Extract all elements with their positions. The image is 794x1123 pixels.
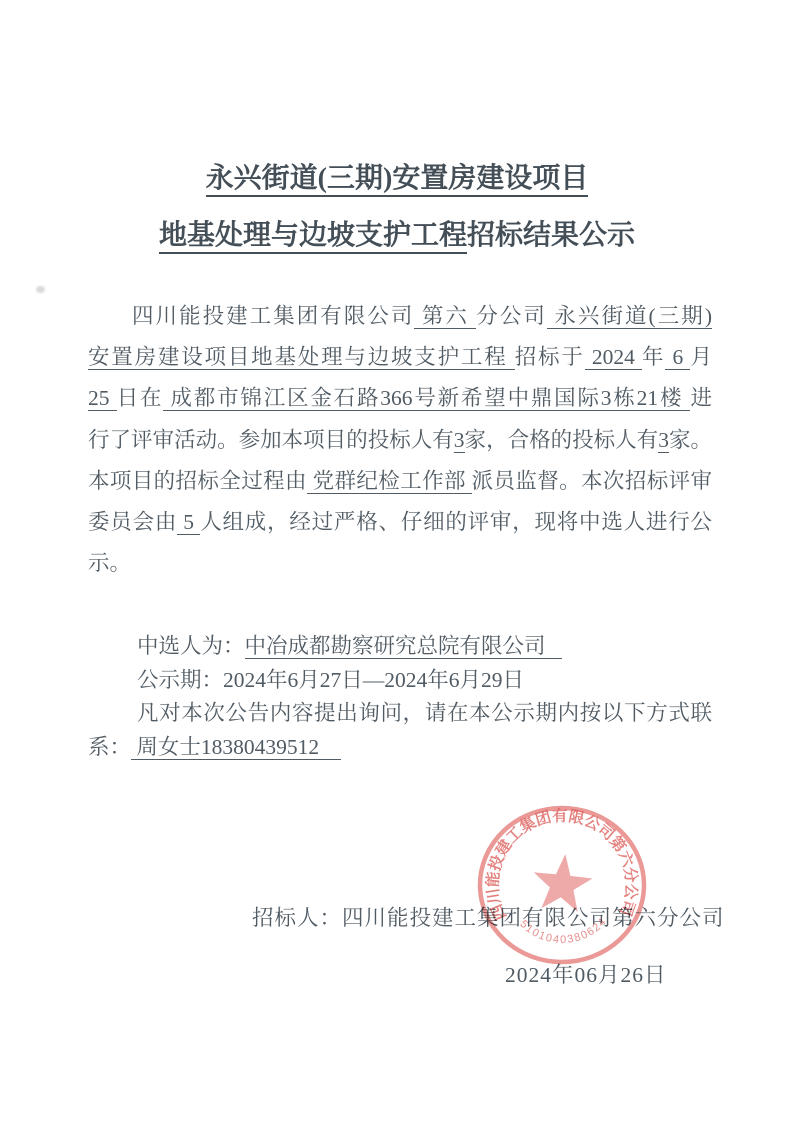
text-segment: 月 [690,345,712,369]
announcement-document-page: 永兴街道(三期)安置房建设项目 地基处理与边坡支护工程招标结果公示 四川能投建工… [0,0,794,1123]
text-segment: 党群纪检工作部 [307,469,472,494]
text-segment: 分公司 [476,304,547,328]
text-segment: 家。 [669,428,712,452]
body-line-4: 行了评审活动。参加本项目的投标人有3家，合格的投标人有3家。 [88,420,712,461]
text-segment: 2024 [585,345,642,370]
text-segment: 行了评审活动。参加本项目的投标人有 [88,428,454,452]
text-segment: 系： [88,735,131,759]
text-segment: 中选人为： [137,634,245,658]
seal-number-arc-text: 5101040380624 [517,915,609,946]
body-line-2: 安置房建设项目地基处理与边坡支护工程 招标于 2024 年 6 月 [88,337,712,378]
body-line-7: 示。 [88,543,712,584]
publicity-period-line: 公示期：2024年6月27日—2024年6月29日 [88,664,712,698]
body-line-1: 四川能投建工集团有限公司 第六 分公司 永兴街道(三期) [88,296,712,337]
text-segment: 地基处理与边坡支护工程 [159,220,467,254]
text-segment: 25 [88,386,117,411]
text-segment: 招标结果公示 [467,220,635,251]
winner-line: 中选人为：中冶成都勘察研究总院有限公司 [88,630,712,664]
text-segment: 第六 [414,304,476,329]
text-segment: 6 [665,345,690,370]
body-line-5: 本项目的招标全过程由 党群纪检工作部 派员监督。本次招标评审 [88,461,712,502]
title-line-1: 永兴街道(三期)安置房建设项目 [0,150,794,207]
text-segment: 成都市锦江区金石路366号新希望中鼎国际3栋21楼 [163,386,690,411]
scan-artifact [36,286,45,293]
text-segment: 永兴街道(三期)安置房建设项目 [206,163,589,197]
title-line-2: 地基处理与边坡支护工程招标结果公示 [0,207,794,264]
text-segment: 招标于 [515,345,585,369]
text-segment: 5 [177,510,200,535]
text-segment: 中冶成都勘察研究总院有限公司 [245,634,562,659]
text-segment: 示。 [88,551,131,575]
body-line-3: 25 日在 成都市锦江区金石路366号新希望中鼎国际3栋21楼 进 [88,378,712,419]
text-segment: 安置房建设项目地基处理与边坡支护工程 [88,345,515,370]
document-title: 永兴街道(三期)安置房建设项目 地基处理与边坡支护工程招标结果公示 [0,150,794,264]
text-segment: 周女士18380439512 [131,735,341,760]
company-seal: 四川能投建工集团有限公司第六分公司 5101040380624 [460,794,664,980]
text-segment: 委员会由 [88,510,177,534]
contact-line-1: 凡对本次公告内容提出询问，请在本公示期内按以下方式联 [88,697,712,731]
selection-result-block: 中选人为：中冶成都勘察研究总院有限公司 公示期：2024年6月27日—2024年… [88,630,712,764]
text-segment: 进 [690,386,712,410]
body-line-6: 委员会由 5 人组成，经过严格、仔细的评审，现将中选人进行公 [88,502,712,543]
text-segment: 家，合格的投标人有 [465,428,659,452]
text-segment: 人组成，经过严格、仔细的评审，现将中选人进行公 [200,510,712,534]
text-segment: 派员监督。本次招标评审 [472,469,712,493]
text-segment: 永兴街道(三期) [547,304,712,329]
text-segment: 3 [658,428,669,453]
seal-star-icon [530,851,595,913]
text-segment: 日在 [117,386,164,410]
announcement-body: 四川能投建工集团有限公司 第六 分公司 永兴街道(三期) 安置房建设项目地基处理… [88,296,712,584]
text-segment: 四川能投建工集团有限公司 [132,304,414,328]
contact-line-2: 系： 周女士18380439512 [88,731,712,765]
text-segment: 年 [642,345,665,369]
text-segment: 本项目的招标全过程由 [88,469,307,493]
text-segment: 3 [454,428,465,453]
text-segment: 凡对本次公告内容提出询问，请在本公示期内按以下方式联 [137,701,712,725]
